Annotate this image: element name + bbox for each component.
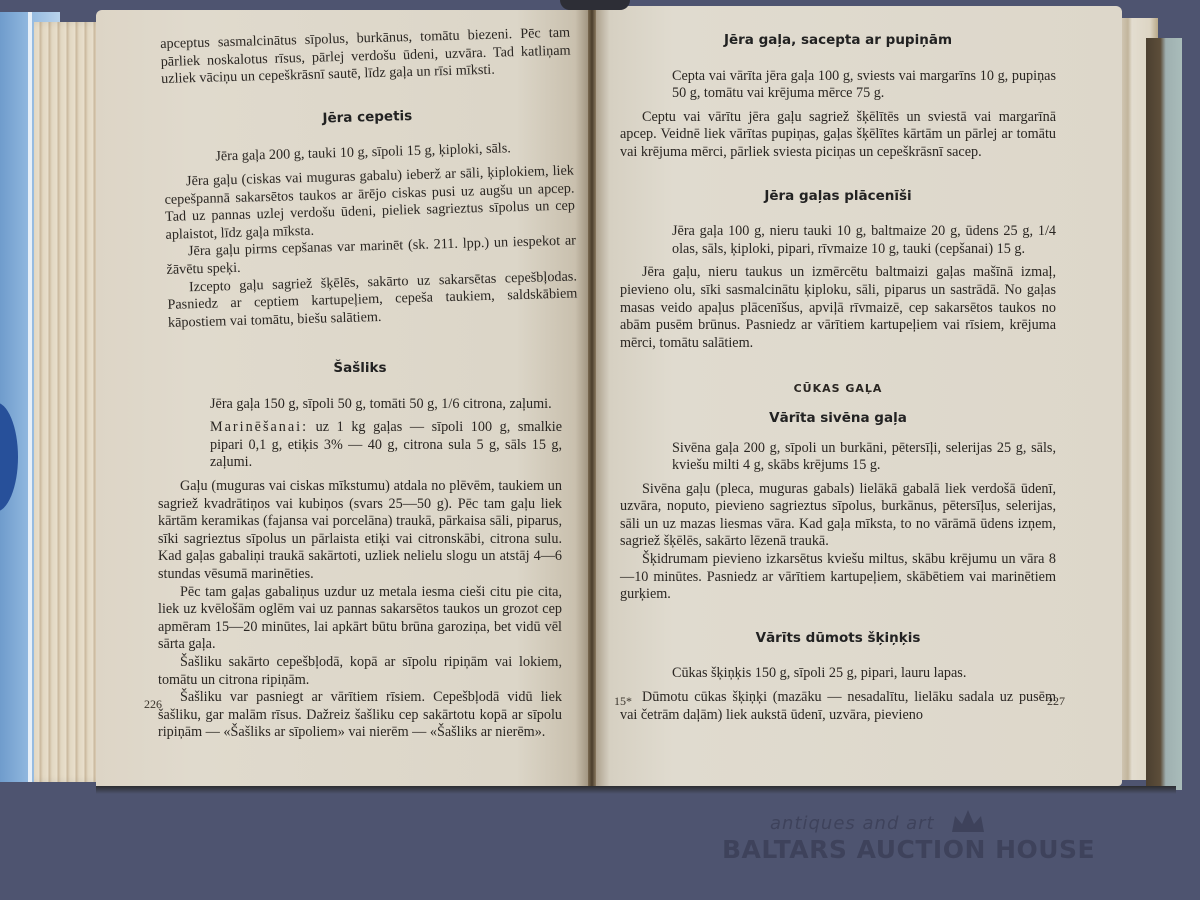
marinade-label: Marinēšanai: [210,419,308,435]
recipe-paragraph: Sivēna gaļu (pleca, muguras gabals) liel… [620,481,1056,551]
book-shadow [96,786,1176,794]
recipe-ingredients: Cepta vai vārīta jēra gaļa 100 g, sviest… [620,68,1056,103]
left-page-text-bottom: Šašliks Jēra gaļa 150 g, sīpoli 50 g, to… [158,360,562,742]
recipe-paragraph: Šašliku var pasniegt ar vārītiem rīsiem.… [158,689,562,742]
recipe-paragraph: Dūmotu cūkas šķiņķi (mazāku — nesadalītu… [620,689,1056,724]
recipe-paragraph: Jēra gaļu (ciskas vai muguras gabalu) ie… [164,162,576,244]
recipe-title: Vārīta sivēna gaļa [620,410,1056,428]
page-number-left: 226 [144,697,162,712]
recipe-ingredients: Sivēna gaļa 200 g, sīpoli un burkāni, pē… [620,440,1056,475]
recipe-paragraph: Pēc tam gaļas gabaliņus uzdur uz metala … [158,584,562,654]
recipe-marinade: Marinēšanai: uz 1 kg gaļas — sīpoli 100 … [158,419,562,472]
recipe-paragraph: Ceptu vai vārītu jēra gaļu sagriež šķēlī… [620,109,1056,162]
recipe-ingredients: Cūkas šķiņķis 150 g, sīpoli 25 g, pipari… [620,665,1056,683]
section-heading: CŪKAS GAĻA [620,380,1056,398]
recipe-ingredients: Jēra gaļa 150 g, sīpoli 50 g, tomāti 50 … [158,396,562,414]
watermark-tagline: antiques and art [770,813,935,834]
crown-icon [950,808,986,834]
cover-stripe [28,12,32,782]
auction-house-watermark: antiques and art BALTARS AUCTION HOUSE [722,808,1122,878]
recipe-ingredients: Jēra gaļa 100 g, nieru tauki 10 g, baltm… [620,223,1056,258]
recipe-title: Šašliks [158,360,562,378]
recipe-paragraph: Jēra gaļu, nieru taukus un izmērcētu bal… [620,264,1056,352]
recipe-paragraph: Gaļu (muguras vai ciskas mīkstumu) atdal… [158,478,562,584]
recipe-title: Jēra gaļas plācenīši [620,188,1056,206]
recipe-paragraph: Šķidrumam pievieno izkarsētus kviešu mil… [620,551,1056,604]
recipe-title: Vārīts dūmots šķiņķis [620,630,1056,648]
book-gutter [588,0,596,790]
cover-pattern-disc [0,402,18,512]
right-page-text: Jēra gaļa, sacepta ar pupiņām Cepta vai … [620,26,1056,724]
recipe-title: Jēra gaļa, sacepta ar pupiņām [620,32,1056,50]
left-page-text-top: apceptus sasmalcinātus sīpolus, burkānus… [160,25,578,333]
page-number-right: 227 [1047,694,1065,709]
book-cover-right [1146,38,1182,790]
recipe-title: Jēra cepetis [162,103,572,132]
continuation-paragraph: apceptus sasmalcinātus sīpolus, burkānus… [160,25,571,89]
book-photo: apceptus sasmalcinātus sīpolus, burkānus… [0,0,1200,900]
recipe-paragraph: Šašliku sakārto cepešbļodā, kopā ar sīpo… [158,654,562,689]
spine-top [560,0,630,10]
watermark-name: BALTARS AUCTION HOUSE [722,835,1095,864]
signature-mark: 15* [614,694,632,709]
